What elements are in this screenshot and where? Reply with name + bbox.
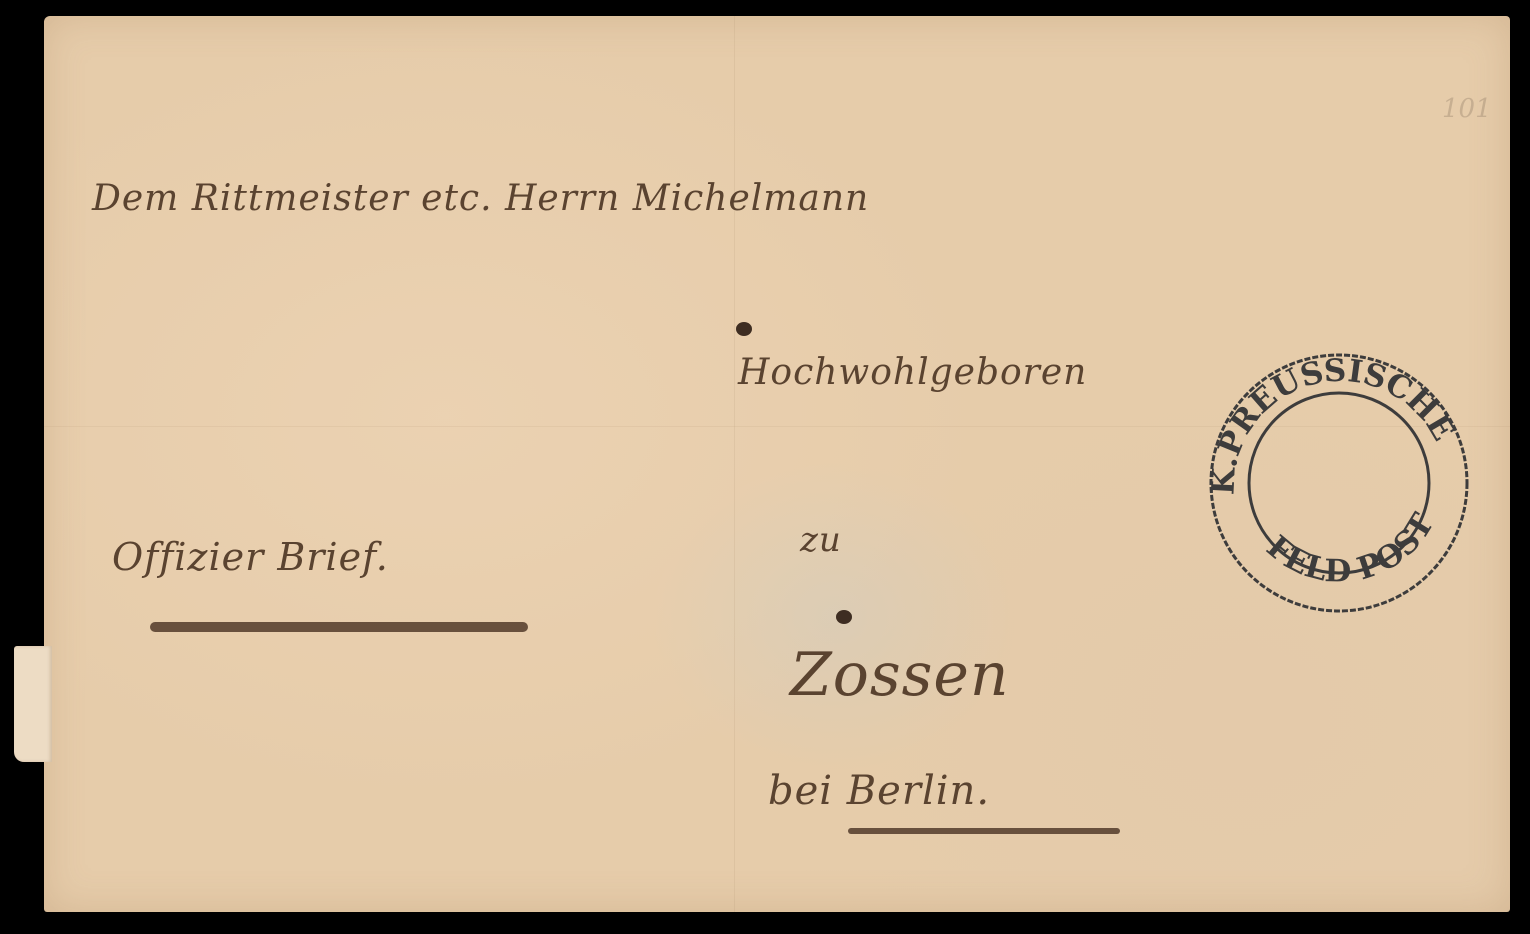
address-honorific: Hochwohlgeboren [738, 352, 1087, 393]
pencil-note: 101 [1442, 94, 1492, 124]
feldpost-postmark: K.PREUSSISCHE FELD POST [1205, 352, 1473, 614]
postmark-bottom-text: FELD POST [1260, 507, 1442, 589]
endorsement-underline [150, 622, 528, 632]
paper-tab [14, 646, 52, 762]
fold-line-vertical [734, 16, 735, 912]
address-preposition: zu [800, 520, 842, 560]
address-town: Zossen [790, 640, 1010, 710]
endorsement-text: Offizier Brief. [112, 535, 389, 579]
postmark-top-text: K.PREUSSISCHE [1205, 353, 1461, 496]
address-salutation: Dem Rittmeister etc. Herrn Michelmann [92, 178, 869, 219]
address-region: bei Berlin. [768, 768, 990, 814]
ink-blot [736, 322, 752, 336]
region-underline [848, 828, 1120, 834]
ink-blot [836, 610, 852, 624]
